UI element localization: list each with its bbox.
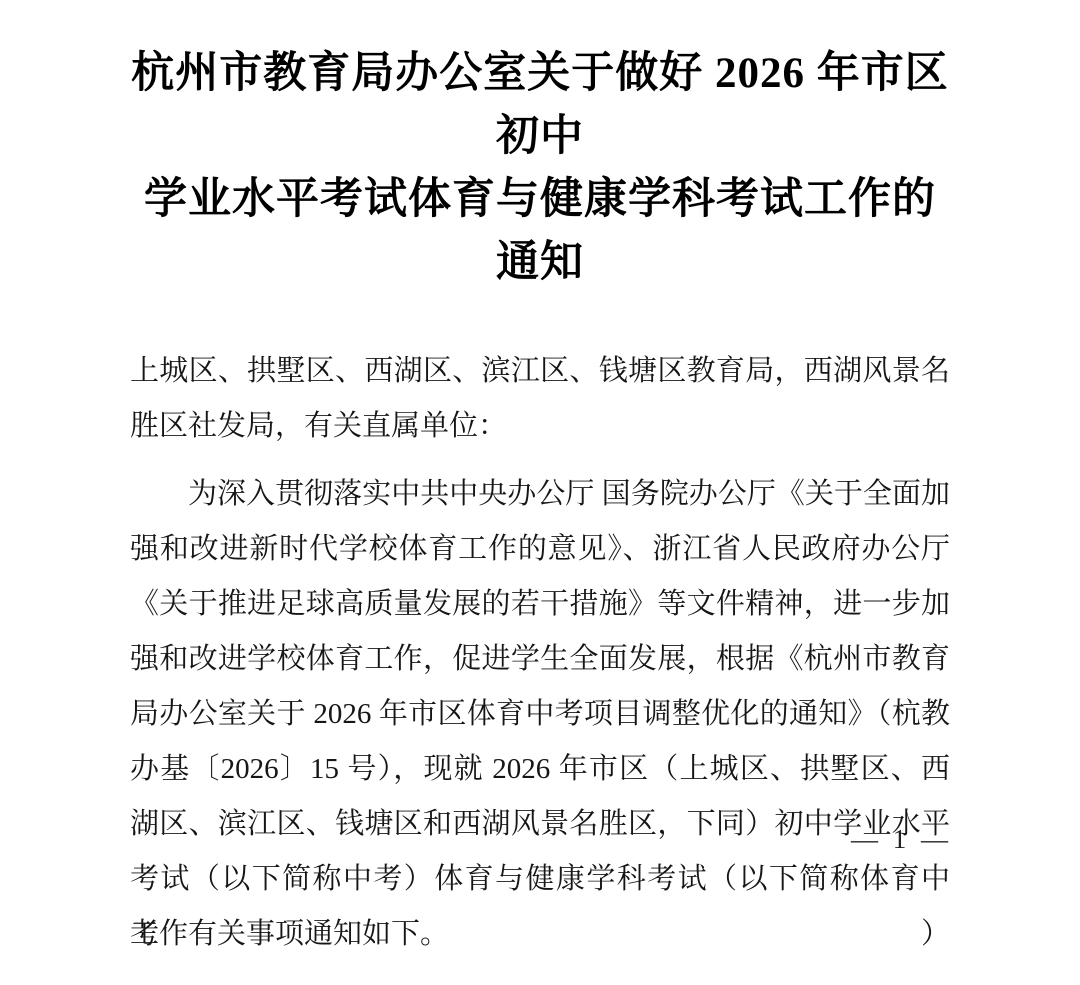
paragraph-line: 考试（以下简称中考）体育与健康学科考试（以下简称体育中考）	[130, 852, 950, 907]
title-line-2: 学业水平考试体育与健康学科考试工作的通知	[130, 168, 950, 294]
paragraph-line: 强和改进新时代学校体育工作的意见》、浙江省人民政府办公厅	[130, 522, 950, 577]
paragraph-line: 为深入贯彻落实中共中央办公厅 国务院办公厅《关于全面加	[130, 467, 950, 522]
page-number: — 1 —	[851, 824, 952, 855]
salutation-line: 胜区社发局，有关直属单位：	[130, 399, 950, 454]
document-content: 杭州市教育局办公室关于做好 2026 年市区初中 学业水平考试体育与健康学科考试…	[0, 0, 1080, 962]
paragraph-line: 办基〔2026〕15 号），现就 2026 年市区（上城区、拱墅区、西	[130, 742, 950, 797]
paragraph-line: 局办公室关于 2026 年市区体育中考项目调整优化的通知》（杭教	[130, 687, 950, 742]
title-line-1: 杭州市教育局办公室关于做好 2026 年市区初中	[130, 42, 950, 168]
document-page: 杭州市教育局办公室关于做好 2026 年市区初中 学业水平考试体育与健康学科考试…	[0, 0, 1080, 985]
salutation-line: 上城区、拱墅区、西湖区、滨江区、钱塘区教育局，西湖风景名	[130, 344, 950, 399]
paragraph-line: 强和改进学校体育工作，促进学生全面发展，根据《杭州市教育	[130, 632, 950, 687]
paragraph-line: 《关于推进足球高质量发展的若干措施》等文件精神，进一步加	[130, 577, 950, 632]
document-title: 杭州市教育局办公室关于做好 2026 年市区初中 学业水平考试体育与健康学科考试…	[130, 42, 950, 294]
paragraph-line: 湖区、滨江区、钱塘区和西湖风景名胜区，下同）初中学业水平	[130, 797, 950, 852]
document-body: 上城区、拱墅区、西湖区、滨江区、钱塘区教育局，西湖风景名 胜区社发局，有关直属单…	[130, 344, 950, 962]
